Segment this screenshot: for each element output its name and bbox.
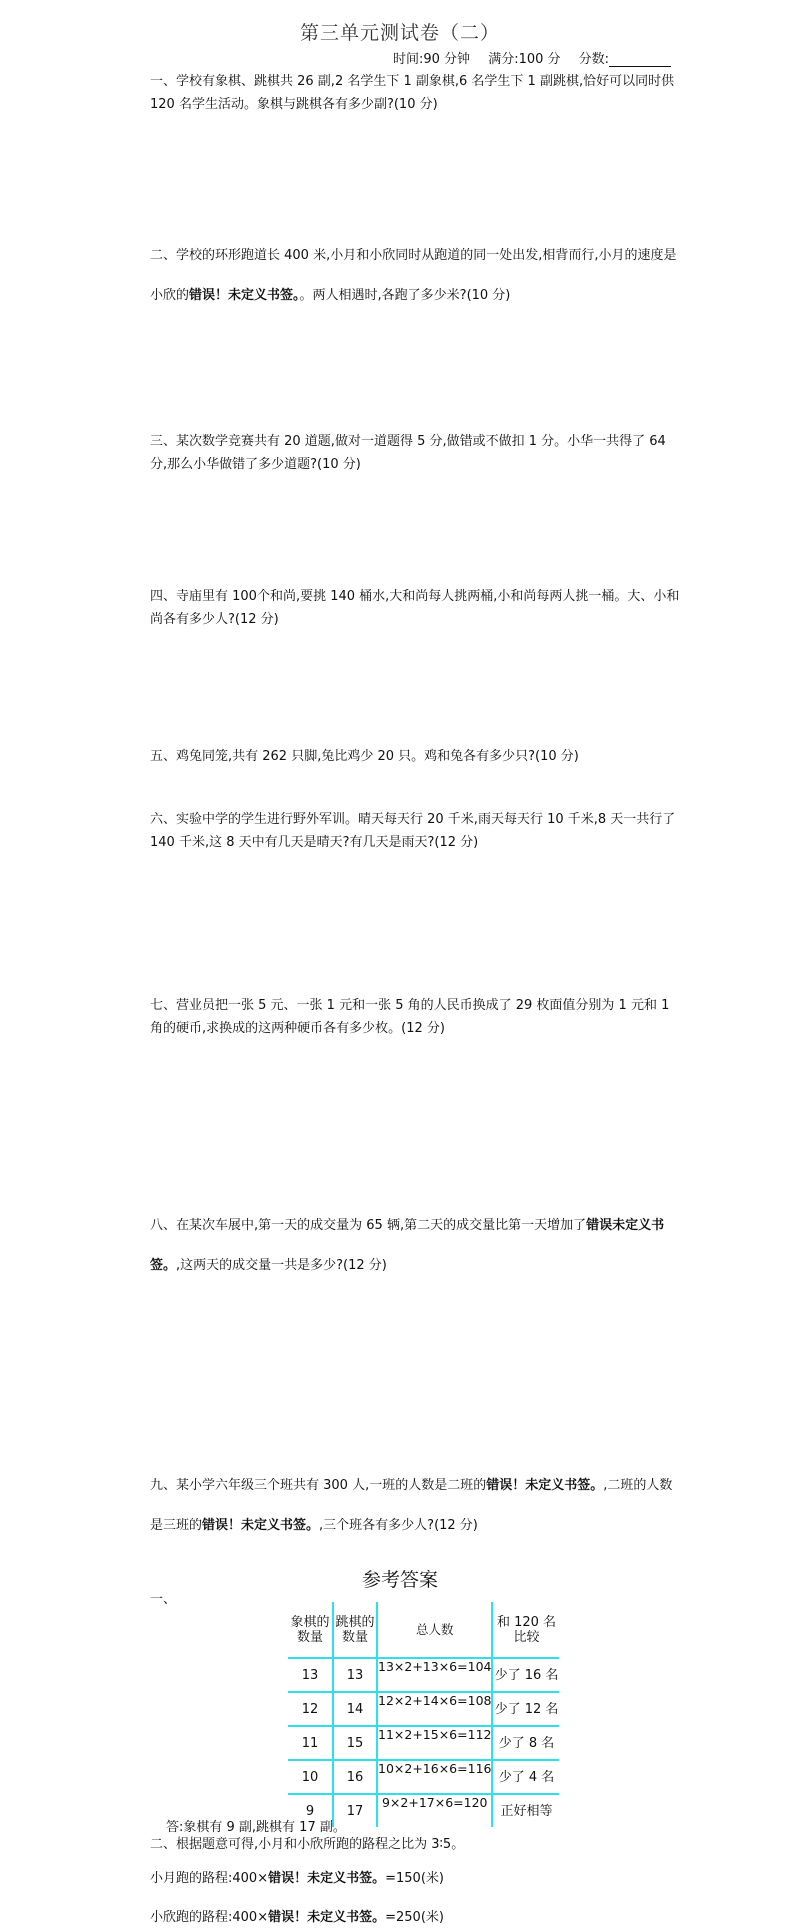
- score-blank: [609, 53, 671, 67]
- table-cell: 16: [333, 1760, 377, 1794]
- question-2-text-end: 。两人相遇时,各跑了多少米?(10 分): [300, 288, 511, 303]
- table-header-row: 象棋的数量 跳棋的数量 总人数 和 120 名比较: [288, 1602, 559, 1658]
- question-1: 一、学校有象棋、跳棋共 26 副,2 名学生下 1 副象棋,6 名学生下 1 副…: [150, 70, 685, 116]
- table-cell: 13: [333, 1658, 377, 1692]
- table-cell: 13: [288, 1658, 333, 1692]
- table-cell: 12: [288, 1692, 333, 1726]
- table-row: 11 15 11×2+15×6=112 少了 8 名: [288, 1726, 559, 1760]
- table-cell: 10: [288, 1760, 333, 1794]
- table-cell: 少了 4 名: [492, 1760, 559, 1794]
- question-5: 五、鸡兔同笼,共有 262 只脚,兔比鸡少 20 只。鸡和兔各有多少只?(10 …: [150, 745, 685, 768]
- time-limit: 时间:90 分钟: [393, 52, 470, 67]
- table-cell: 少了 8 名: [492, 1726, 559, 1760]
- answer-2-intro: 二、根据题意可得,小月和小欣所跑的路程之比为 3∶5。: [150, 1833, 464, 1852]
- question-8-text: 八、在某次车展中,第一天的成交量为 65 辆,第二天的成交量比第一天增加了: [150, 1218, 586, 1233]
- answer-2-line-2-result: =250(米): [385, 1910, 444, 1925]
- bookmark-error: 错误！未定义书签。: [268, 1910, 385, 1925]
- table-cell: 少了 12 名: [492, 1692, 559, 1726]
- answer-1-label: 一、: [150, 1588, 176, 1607]
- question-9-text-end: ,三个班各有多少人?(12 分): [319, 1518, 478, 1533]
- table-cell: 正好相等: [492, 1794, 559, 1827]
- table-header: 总人数: [377, 1602, 492, 1658]
- table-cell: 10×2+16×6=116: [377, 1760, 492, 1794]
- exam-meta: 时间:90 分钟 满分:100 分 分数:: [393, 48, 685, 67]
- answer-2-line-1-result: =150(米): [385, 1871, 444, 1886]
- table-cell: 15: [333, 1726, 377, 1760]
- table-cell: 9×2+17×6=120: [377, 1794, 492, 1827]
- table-cell: 11: [288, 1726, 333, 1760]
- table-cell: 12×2+14×6=108: [377, 1692, 492, 1726]
- question-8-text-end: ,这两天的成交量一共是多少?(12 分): [176, 1258, 387, 1273]
- question-6: 六、实验中学的学生进行野外军训。晴天每天行 20 千米,雨天每天行 10 千米,…: [150, 808, 685, 854]
- question-3: 三、某次数学竞赛共有 20 道题,做对一道题得 5 分,做错或不做扣 1 分。小…: [150, 430, 685, 476]
- bookmark-error: 错误！未定义书签。: [268, 1871, 385, 1886]
- full-score: 满分:100 分: [488, 52, 560, 67]
- table-header: 跳棋的数量: [333, 1602, 377, 1658]
- table-header: 象棋的数量: [288, 1602, 333, 1658]
- question-9-text: 九、某小学六年级三个班共有 300 人,一班的人数是二班的: [150, 1478, 486, 1493]
- question-2: 二、学校的环形跑道长 400 米,小月和小欣同时从跑道的同一处出发,相背而行,小…: [150, 236, 685, 316]
- table-cell: 少了 16 名: [492, 1658, 559, 1692]
- page-title: 第三单元测试卷（二）: [0, 18, 800, 45]
- answer-table: 象棋的数量 跳棋的数量 总人数 和 120 名比较 13 13 13×2+13×…: [288, 1602, 559, 1827]
- table-cell: 13×2+13×6=104: [377, 1658, 492, 1692]
- bookmark-error: 错误！未定义书签。: [486, 1478, 603, 1493]
- table-row: 13 13 13×2+13×6=104 少了 16 名: [288, 1658, 559, 1692]
- answer-2-line-1: 小月跑的路程:400×错误！未定义书签。=150(米): [150, 1867, 444, 1886]
- question-4: 四、寺庙里有 100个和尚,要挑 140 桶水,大和尚每人挑两桶,小和尚每两人挑…: [150, 585, 685, 631]
- table-row: 12 14 12×2+14×6=108 少了 12 名: [288, 1692, 559, 1726]
- table-row: 10 16 10×2+16×6=116 少了 4 名: [288, 1760, 559, 1794]
- question-9: 九、某小学六年级三个班共有 300 人,一班的人数是二班的错误！未定义书签。,二…: [150, 1466, 685, 1546]
- answer-2-line-1-text: 小月跑的路程:400×: [150, 1871, 268, 1886]
- answer-2-line-2: 小欣跑的路程:400×错误！未定义书签。=250(米): [150, 1906, 444, 1925]
- question-8: 八、在某次车展中,第一天的成交量为 65 辆,第二天的成交量比第一天增加了错误未…: [150, 1206, 685, 1286]
- question-7: 七、营业员把一张 5 元、一张 1 元和一张 5 角的人民币换成了 29 枚面值…: [150, 994, 685, 1040]
- bookmark-error: 错误！未定义书签。: [189, 288, 300, 303]
- table-header: 和 120 名比较: [492, 1602, 559, 1658]
- answer-2-line-2-text: 小欣跑的路程:400×: [150, 1910, 268, 1925]
- table-cell: 14: [333, 1692, 377, 1726]
- table-cell: 11×2+15×6=112: [377, 1726, 492, 1760]
- score-label: 分数:: [579, 52, 609, 67]
- bookmark-error: 错误！未定义书签。: [202, 1518, 319, 1533]
- answers-title: 参考答案: [0, 1565, 800, 1592]
